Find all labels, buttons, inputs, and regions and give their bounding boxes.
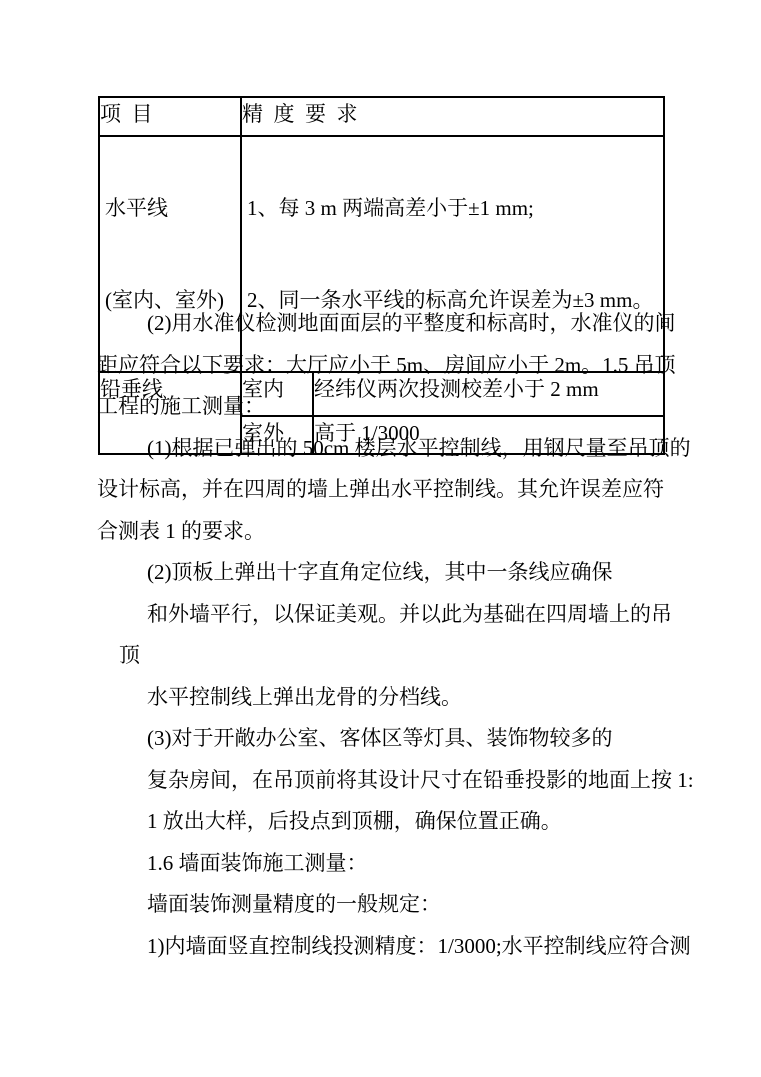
table-header-item: 项 目 bbox=[99, 97, 241, 136]
document-page: 项 目 精 度 要 求 水平线 (室内、室外) 1、每 3 m 两端高差小于±1… bbox=[0, 0, 761, 1077]
text-line: (2)用水准仪检测地面面层的平整度和标高时，水准仪的间 bbox=[97, 303, 687, 345]
table-header-requirement: 精 度 要 求 bbox=[241, 97, 664, 136]
text-line: (2)顶板上弹出十字直角定位线，其中一条线应确保 bbox=[97, 552, 687, 594]
text-line: 复杂房间，在吊顶前将其设计尺寸在铅垂投影的地面上按 1: bbox=[97, 760, 687, 802]
body-text: (2)用水准仪检测地面面层的平整度和标高时，水准仪的间 距应符合以下要求：大厅应… bbox=[97, 303, 687, 967]
text-line: 距应符合以下要求：大厅应小于 5m、房间应小于 2m。1.5 吊顶 bbox=[97, 345, 687, 387]
horizontal-line-item-line1: 水平线 bbox=[100, 187, 240, 229]
text-line: (3)对于开敞办公室、客体区等灯具、装饰物较多的 bbox=[97, 718, 687, 760]
table-header-row: 项 目 精 度 要 求 bbox=[99, 97, 664, 136]
text-line: 合测表 1 的要求。 bbox=[97, 511, 687, 553]
text-line: 顶 bbox=[97, 635, 687, 677]
text-line: 和外墙平行，以保证美观。并以此为基础在四周墙上的吊 bbox=[97, 594, 687, 636]
text-line: 工程的施工测量： bbox=[97, 386, 687, 428]
text-line: 水平控制线上弹出龙骨的分档线。 bbox=[97, 677, 687, 719]
text-line: 1)内墙面竖直控制线投测精度：1/3000;水平控制线应符合测 bbox=[97, 926, 687, 968]
horizontal-line-requirement-line1: 1、每 3 m 两端高差小于±1 mm; bbox=[242, 187, 663, 229]
text-line: 设计标高，并在四周的墙上弹出水平控制线。其允许误差应符 bbox=[97, 469, 687, 511]
text-line: (1)根据已弹出的 50cm 楼层水平控制线，用钢尺量至吊顶的 bbox=[97, 428, 687, 470]
text-line: 墙面装饰测量精度的一般规定： bbox=[97, 884, 687, 926]
text-line: 1.6 墙面装饰施工测量： bbox=[97, 843, 687, 885]
text-line: 1 放出大样，后投点到顶棚，确保位置正确。 bbox=[97, 801, 687, 843]
